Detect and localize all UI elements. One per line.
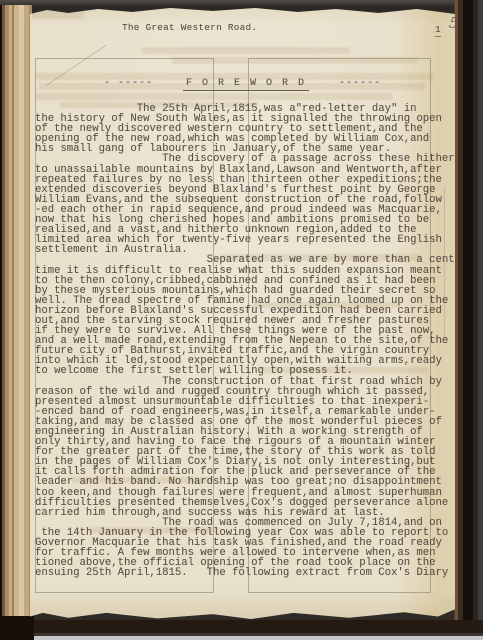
typed-line: Separated as we are by more than a centu… bbox=[35, 255, 483, 265]
body-text: The 25th April,1815,was a"red-letter day… bbox=[35, 104, 483, 578]
typed-line: ensuing 25th April,1815. The following e… bbox=[35, 568, 483, 578]
stacked-page-edges-left bbox=[0, 5, 32, 627]
document-page: The Great Western Road. 1 5 - -----F O R… bbox=[30, 7, 455, 619]
heading-dashes-right: ------ bbox=[339, 78, 381, 89]
page-number-typed: 1 bbox=[435, 24, 441, 37]
photo-background-top bbox=[0, 0, 483, 10]
bleed-through-smudge bbox=[32, 9, 84, 19]
page-title: The Great Western Road. bbox=[122, 22, 257, 33]
book-edge-right bbox=[452, 0, 483, 640]
heading-word: F O R E W O R D bbox=[183, 78, 309, 91]
photo-background-bottom bbox=[0, 620, 483, 640]
foreword-heading: - -----F O R E W O R D------ bbox=[30, 78, 455, 89]
scanned-document-photo: { "page": { "title": "The Great Western … bbox=[0, 0, 483, 640]
bleed-through-smudge bbox=[172, 57, 418, 64]
bleed-through-smudge bbox=[36, 93, 392, 100]
heading-dashes-left: - ----- bbox=[104, 78, 153, 89]
shadow-patch-bottom-left bbox=[0, 616, 34, 640]
bleed-through-smudge bbox=[142, 47, 350, 54]
